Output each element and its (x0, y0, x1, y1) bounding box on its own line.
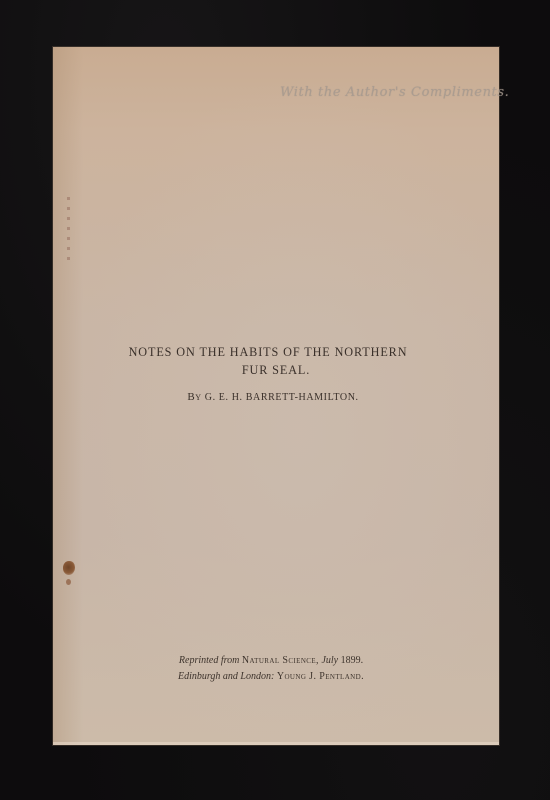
binding-stitch-marks (67, 197, 70, 267)
publisher-line: Edinburgh and London: Young J. Pentland. (43, 669, 499, 685)
author-name: G. E. H. BARRETT-HAMILTON. (205, 392, 359, 403)
title-line-2: FUR SEAL. (53, 361, 499, 379)
publisher-name: Young J. Pentland. (277, 671, 364, 682)
reprint-line: Reprinted from Natural Science, July 189… (43, 653, 499, 669)
imprint-footer: Reprinted from Natural Science, July 189… (53, 653, 499, 685)
reprint-month: July (321, 655, 338, 666)
reprint-year: 1899. (341, 655, 364, 666)
pamphlet-cover: With the Author's Compliments. NOTES ON … (53, 47, 499, 745)
title-block: NOTES ON THE HABITS OF THE NORTHERN FUR … (53, 343, 499, 403)
handwritten-inscription: With the Author's Compliments. (280, 85, 509, 100)
publisher-place: Edinburgh and London: (178, 671, 274, 682)
reprint-prefix: Reprinted from (179, 655, 239, 666)
journal-name: Natural Science, (242, 655, 319, 666)
foxing-stain-small (66, 579, 71, 585)
author-prefix: By (187, 391, 201, 403)
author-byline: By G. E. H. BARRETT-HAMILTON. (47, 391, 499, 403)
foxing-stain (63, 561, 75, 575)
title-line-1: NOTES ON THE HABITS OF THE NORTHERN (37, 343, 499, 361)
